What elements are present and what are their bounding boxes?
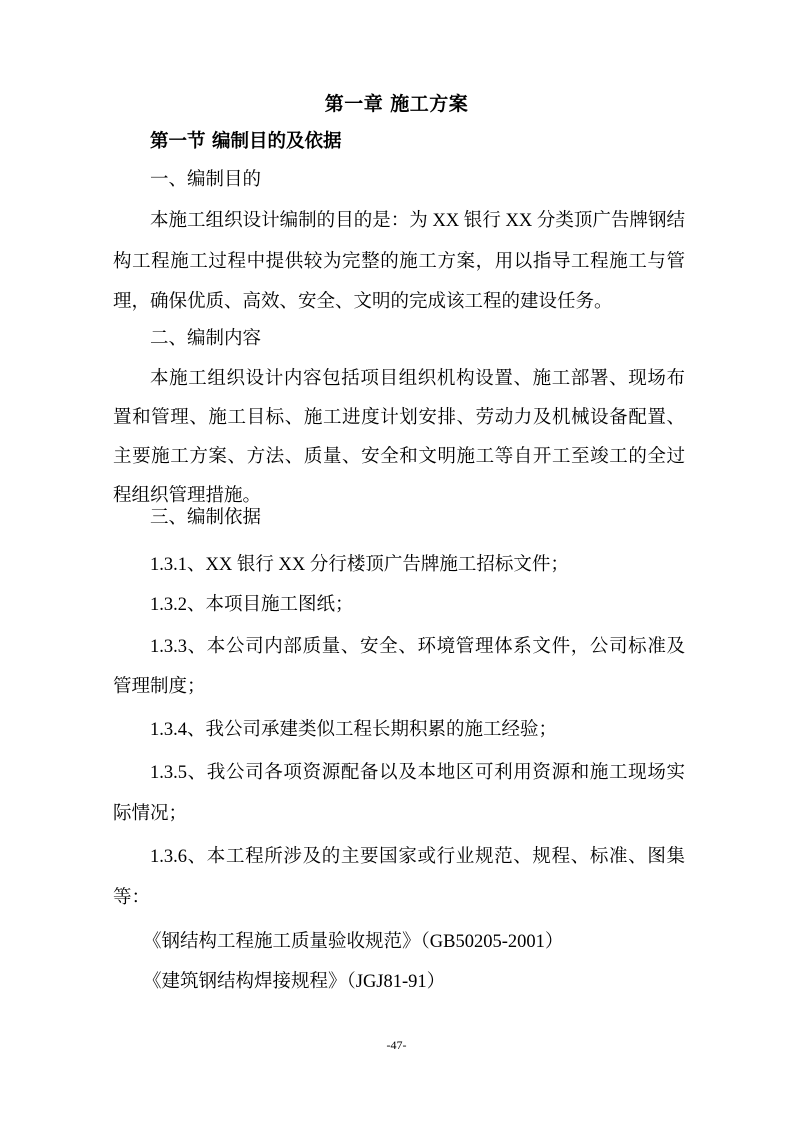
chapter-title: 第一章 施工方案 [0, 92, 793, 116]
page-number: -47- [0, 1038, 793, 1053]
paragraph-line: 本施工组织设计编制的目的是：为 XX 银行 XX 分类顶广告牌钢结 [150, 209, 685, 233]
paragraph-line: 理，确保优质、高效、安全、文明的完成该工程的建设任务。 [113, 290, 613, 314]
subsection-heading: 一、编制目的 [150, 168, 261, 192]
basis-item-continuation: 等： [113, 886, 150, 910]
basis-item: 1.3.4、我公司承建类似工程长期积累的施工经验； [150, 718, 557, 742]
paragraph-line: 构工程施工过程中提供较为完整的施工方案，用以指导工程施工与管 [113, 250, 685, 274]
basis-item-continuation: 管理制度； [113, 675, 206, 699]
standard-reference: 《建筑钢结构焊接规程》（JGJ81-91） [143, 970, 445, 994]
basis-item: 1.3.3、本公司内部质量、安全、环境管理体系文件，公司标准及 [150, 635, 685, 659]
basis-item: 1.3.5、我公司各项资源配备以及本地区可利用资源和施工现场实 [150, 761, 685, 785]
basis-item: 1.3.1、XX 银行 XX 分行楼顶广告牌施工招标文件； [150, 553, 569, 577]
standard-reference: 《钢结构工程施工质量验收规范》（GB50205-2001） [143, 930, 563, 954]
basis-item: 1.3.6、本工程所涉及的主要国家或行业规范、规程、标准、图集 [150, 845, 685, 869]
paragraph-line: 主要施工方案、方法、质量、安全和文明施工等自开工至竣工的全过 [113, 445, 685, 469]
paragraph-line: 本施工组织设计内容包括项目组织机构设置、施工部署、现场布 [150, 367, 685, 391]
paragraph-line: 置和管理、施工目标、施工进度计划安排、劳动力及机械设备配置、 [113, 406, 685, 430]
basis-item: 1.3.2、本项目施工图纸； [150, 593, 354, 617]
basis-item-continuation: 际情况； [113, 802, 187, 826]
paragraph-line: 程组织管理措施。 [113, 484, 261, 508]
subsection-heading: 二、编制内容 [150, 327, 261, 351]
subsection-heading: 三、编制依据 [150, 506, 261, 530]
section-title: 第一节 编制目的及依据 [150, 130, 341, 154]
